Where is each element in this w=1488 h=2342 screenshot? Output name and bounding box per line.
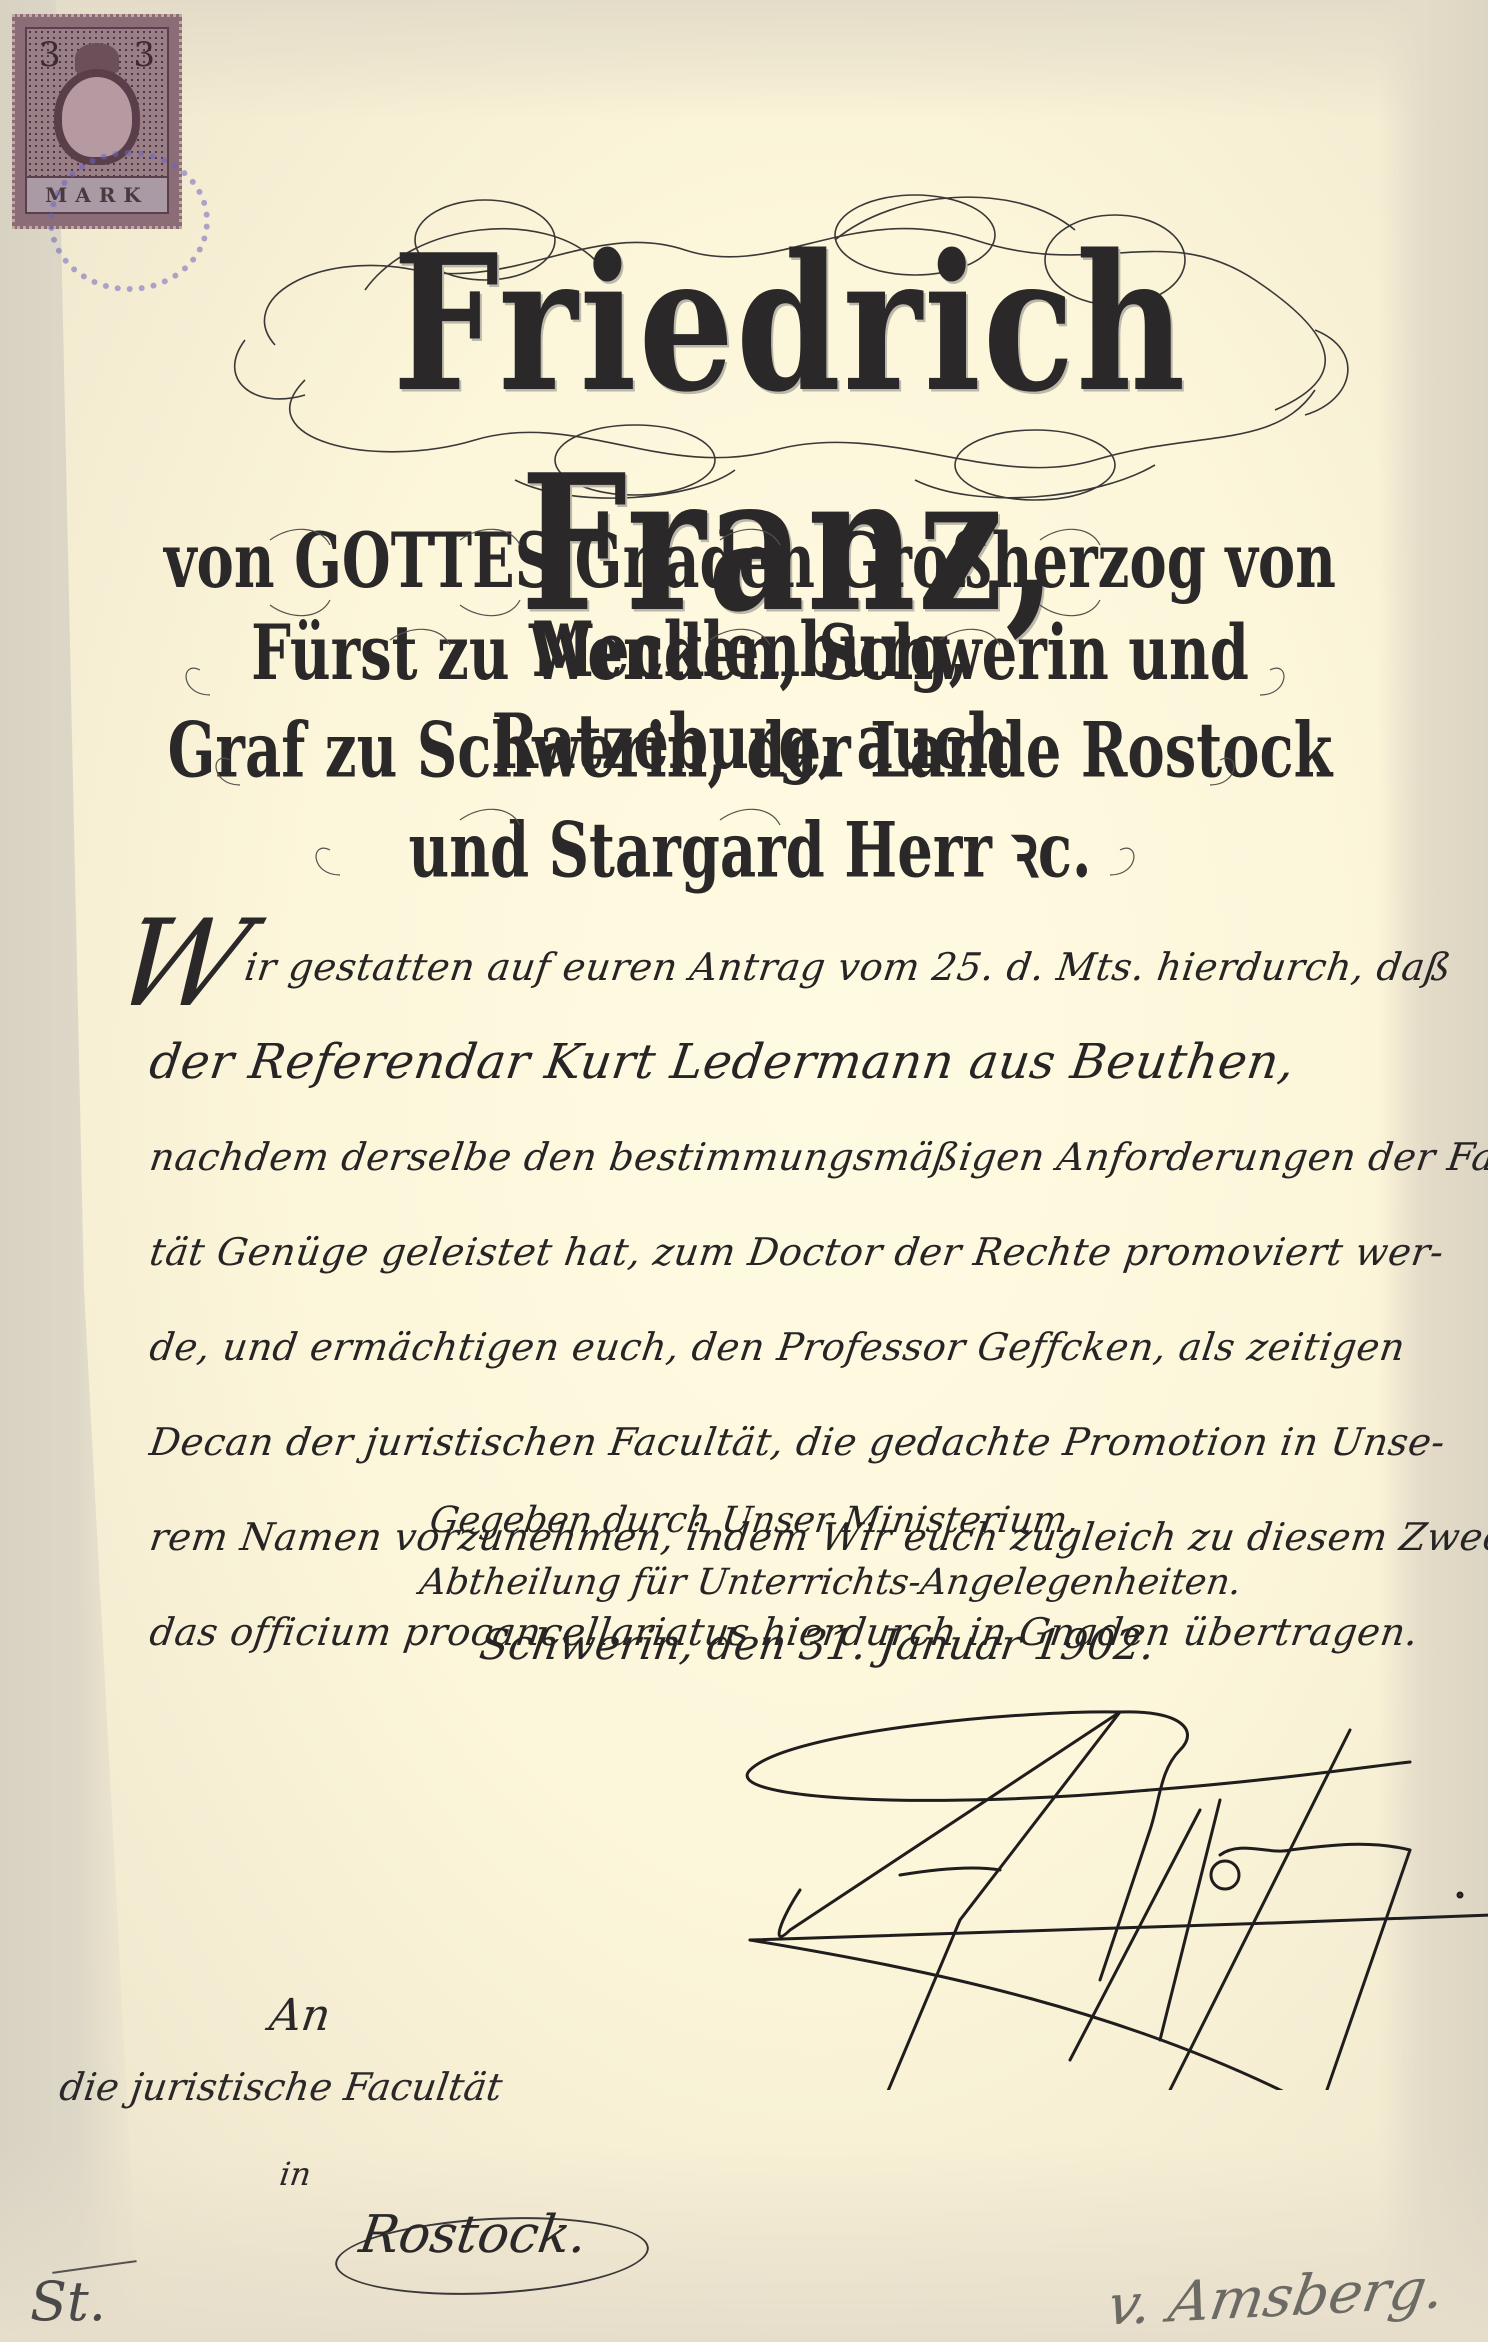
titulature-text: Graf zu Schwerin, der Lande Rostock	[168, 706, 1333, 795]
body-line: nachdem derselbe den bestimmungsmäßigen …	[143, 1110, 1466, 1205]
stamp-value-left: 3	[39, 35, 61, 75]
stamp-value-right: 3	[133, 35, 155, 75]
address-line: die juristische Facultät	[57, 2065, 505, 2109]
body-line: tät Genüge geleistet hat, zum Doctor der…	[143, 1205, 1466, 1300]
titulature-line-3: Graf zu Schwerin, der Lande Rostock	[150, 718, 1350, 784]
place-date: Schwerin, den 31. Januar 1902.	[416, 1614, 1225, 1676]
closing-formula: Gegeben durch Unser Ministerium, Abtheil…	[420, 1490, 1220, 1676]
closing-line: Gegeben durch Unser Ministerium,	[416, 1490, 1225, 1552]
body-line: der Referendar Kurt Ledermann aus Beuthe…	[143, 1015, 1466, 1110]
body-line: de, und ermächtigen euch, den Professor …	[143, 1300, 1466, 1395]
body-line: ir gestatten auf euren Antrag vom 25. d.…	[143, 920, 1466, 1015]
heading-title-block: Friedrich Franz,	[215, 180, 1365, 510]
postmark-cancellation	[48, 150, 210, 292]
sovereign-signature: Friedrich Franz	[730, 1690, 1488, 2090]
closing-line: Abtheilung für Unterrichts-Angelegenheit…	[416, 1552, 1225, 1614]
address-line: An	[266, 1990, 333, 2041]
address-line: in	[277, 2155, 313, 2193]
titulature-text: und Stargard Herr ꝛc.	[409, 797, 1092, 900]
signature-icon	[730, 1690, 1488, 2090]
clerk-initials: St.	[30, 2270, 106, 2333]
address-city: Rostock.	[356, 2205, 591, 2265]
body-line: Decan der juristischen Facultät, die ged…	[143, 1395, 1466, 1490]
paper-shadow-top	[0, 0, 1488, 120]
titulature-line-4: und Stargard Herr ꝛc.	[150, 810, 1350, 886]
